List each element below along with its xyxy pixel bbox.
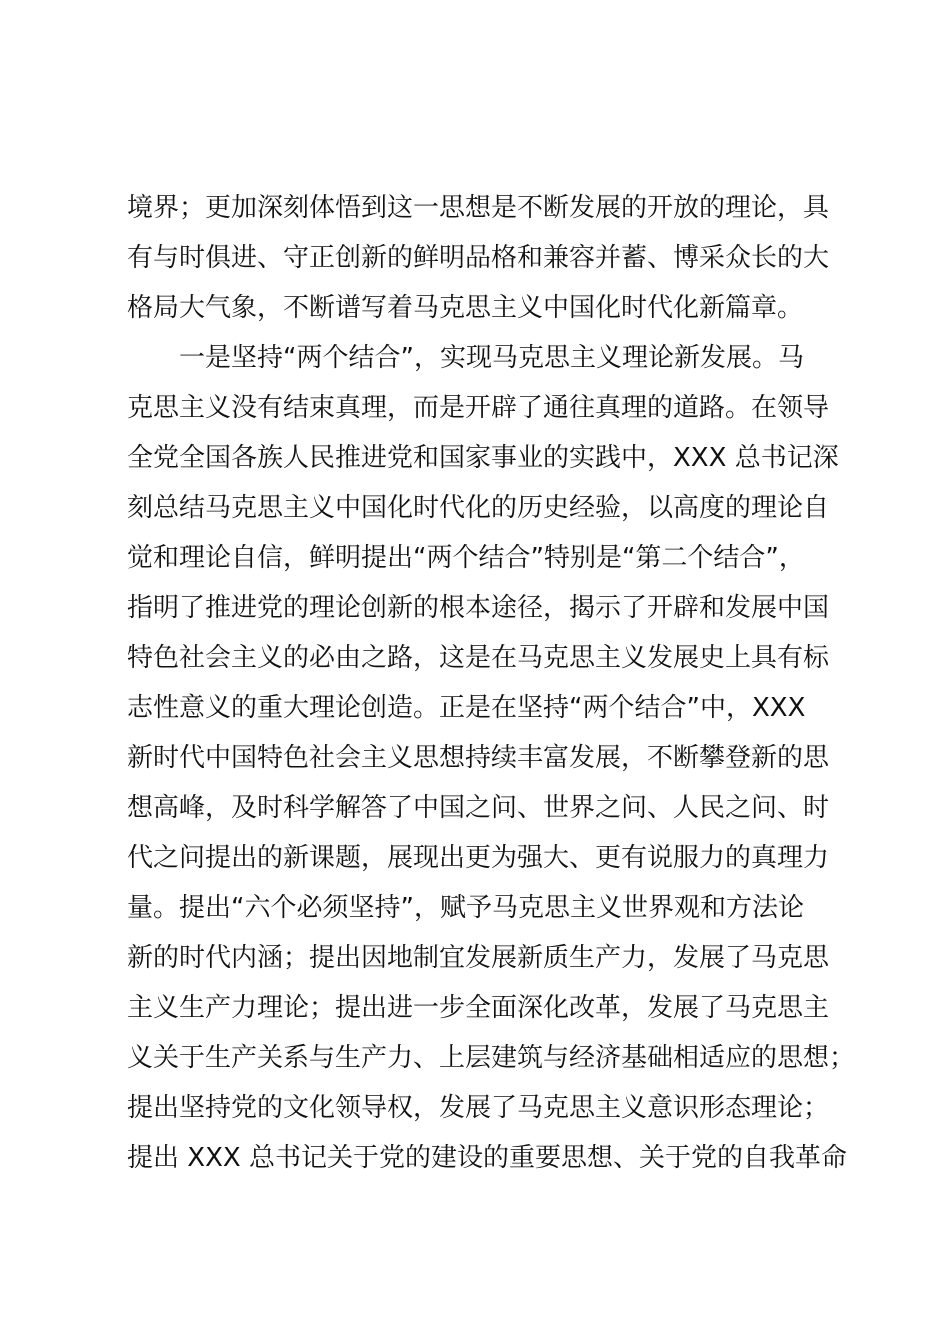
text-line: 刻总结马克思主义中国化时代化的历史经验，以高度的理论自 <box>127 483 867 533</box>
text-line: 新时代中国特色社会主义思想持续丰富发展，不断攀登新的思 <box>127 733 867 783</box>
text-line: 特色社会主义的必由之路，这是在马克思主义发展史上具有标 <box>127 633 867 683</box>
paragraph-start-line: 一是坚持“两个结合”，实现马克思主义理论新发展。马 <box>127 333 867 383</box>
text-line: 新的时代内涵；提出因地制宜发展新质生产力，发展了马克思 <box>127 933 867 983</box>
text-line: 克思主义没有结束真理，而是开辟了通往真理的道路。在领导 <box>127 383 867 433</box>
text-line: 提出 XXX 总书记关于党的建设的重要思想、关于党的自我革命 <box>127 1133 867 1183</box>
text-line: 量。提出“六个必须坚持”，赋予马克思主义世界观和方法论 <box>127 883 867 933</box>
text-line: 代之问提出的新课题，展现出更为强大、更有说服力的真理力 <box>127 833 867 883</box>
text-line: 指明了推进党的理论创新的根本途径，揭示了开辟和发展中国 <box>127 583 867 633</box>
text-line: 有与时俱进、守正创新的鲜明品格和兼容并蓄、博采众长的大 <box>127 233 867 283</box>
text-line: 想高峰，及时科学解答了中国之问、世界之问、人民之问、时 <box>127 783 867 833</box>
text-line: 提出坚持党的文化领导权，发展了马克思主义意识形态理论； <box>127 1083 867 1133</box>
text-line: 全党全国各族人民推进党和国家事业的实践中，XXX 总书记深 <box>127 433 867 483</box>
text-line: 主义生产力理论；提出进一步全面深化改革，发展了马克思主 <box>127 983 867 1033</box>
document-page: 境界；更加深刻体悟到这一思想是不断发展的开放的理论，具 有与时俱进、守正创新的鲜… <box>0 0 950 1344</box>
body-text: 境界；更加深刻体悟到这一思想是不断发展的开放的理论，具 有与时俱进、守正创新的鲜… <box>127 183 867 1183</box>
text-line: 境界；更加深刻体悟到这一思想是不断发展的开放的理论，具 <box>127 183 867 233</box>
text-line: 义关于生产关系与生产力、上层建筑与经济基础相适应的思想； <box>127 1033 867 1083</box>
text-line: 志性意义的重大理论创造。正是在坚持“两个结合”中，XXX <box>127 683 867 733</box>
text-line: 格局大气象，不断谱写着马克思主义中国化时代化新篇章。 <box>127 283 867 333</box>
text-line: 觉和理论自信，鲜明提出“两个结合”特别是“第二个结合”， <box>127 533 867 583</box>
